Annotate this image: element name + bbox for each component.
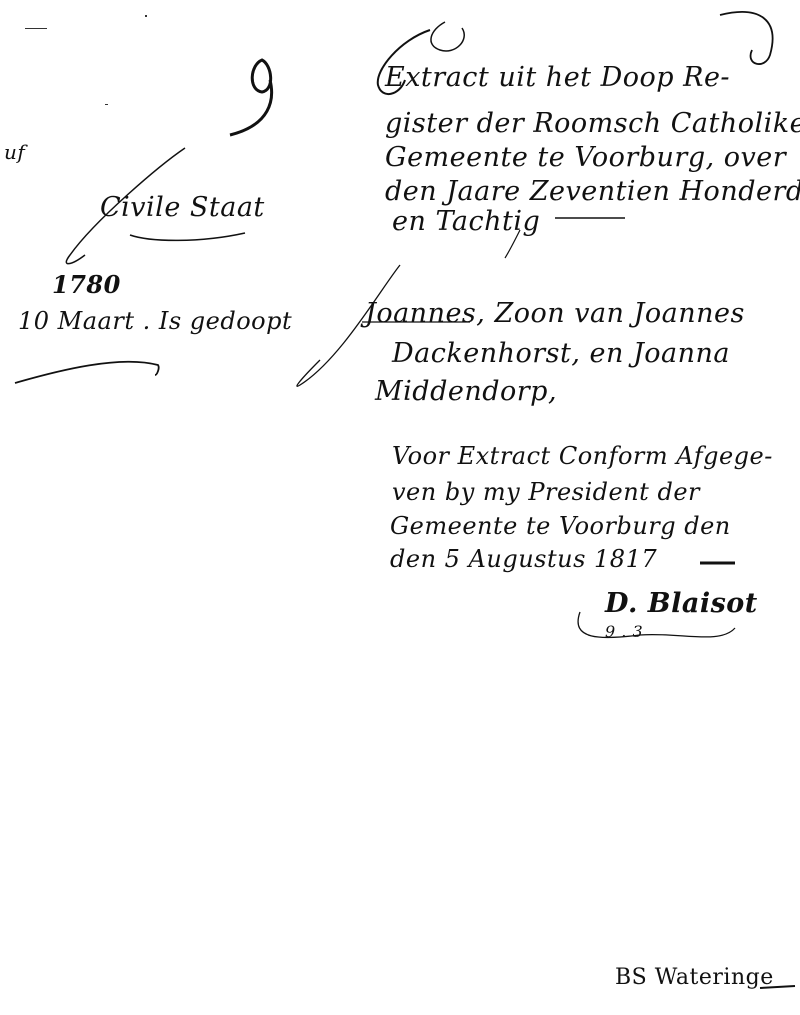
entry-year: 1780 [52,270,121,299]
entry-date-line: 10 Maart . Is gedoopt [18,307,292,335]
entry-line: Middendorp, [375,376,557,407]
certification-line: ven by my President der [392,478,700,506]
margin-heading: Civile Staat [100,192,265,223]
certification-line: Gemeente te Voorburg den [390,512,731,540]
header-line: Gemeente te Voorburg, over [385,142,786,173]
margin-mark: uf [4,140,25,164]
header-line: den Jaare Zeventien Honderd [385,176,800,207]
header-line: Extract uit het Doop Re- [385,62,730,93]
header-line: en Tachtig [392,206,540,237]
certification-line: den 5 Augustus 1817 [390,545,657,573]
entry-line: Dackenhorst, en Joanna [392,338,730,369]
signature-subscript: 9 . 3 [605,622,643,641]
paper-speck [145,15,147,17]
certification-line: Voor Extract Conform Afgege- [392,442,773,470]
official-signature: D. Blaisot [605,588,758,619]
paper-speck [25,28,47,29]
header-line: gister der Roomsch Catholike [385,108,800,139]
entry-line: Joannes, Zoon van Joannes [365,298,745,329]
paper-speck [105,104,108,105]
footer-signature: BS Wateringe [615,965,774,990]
